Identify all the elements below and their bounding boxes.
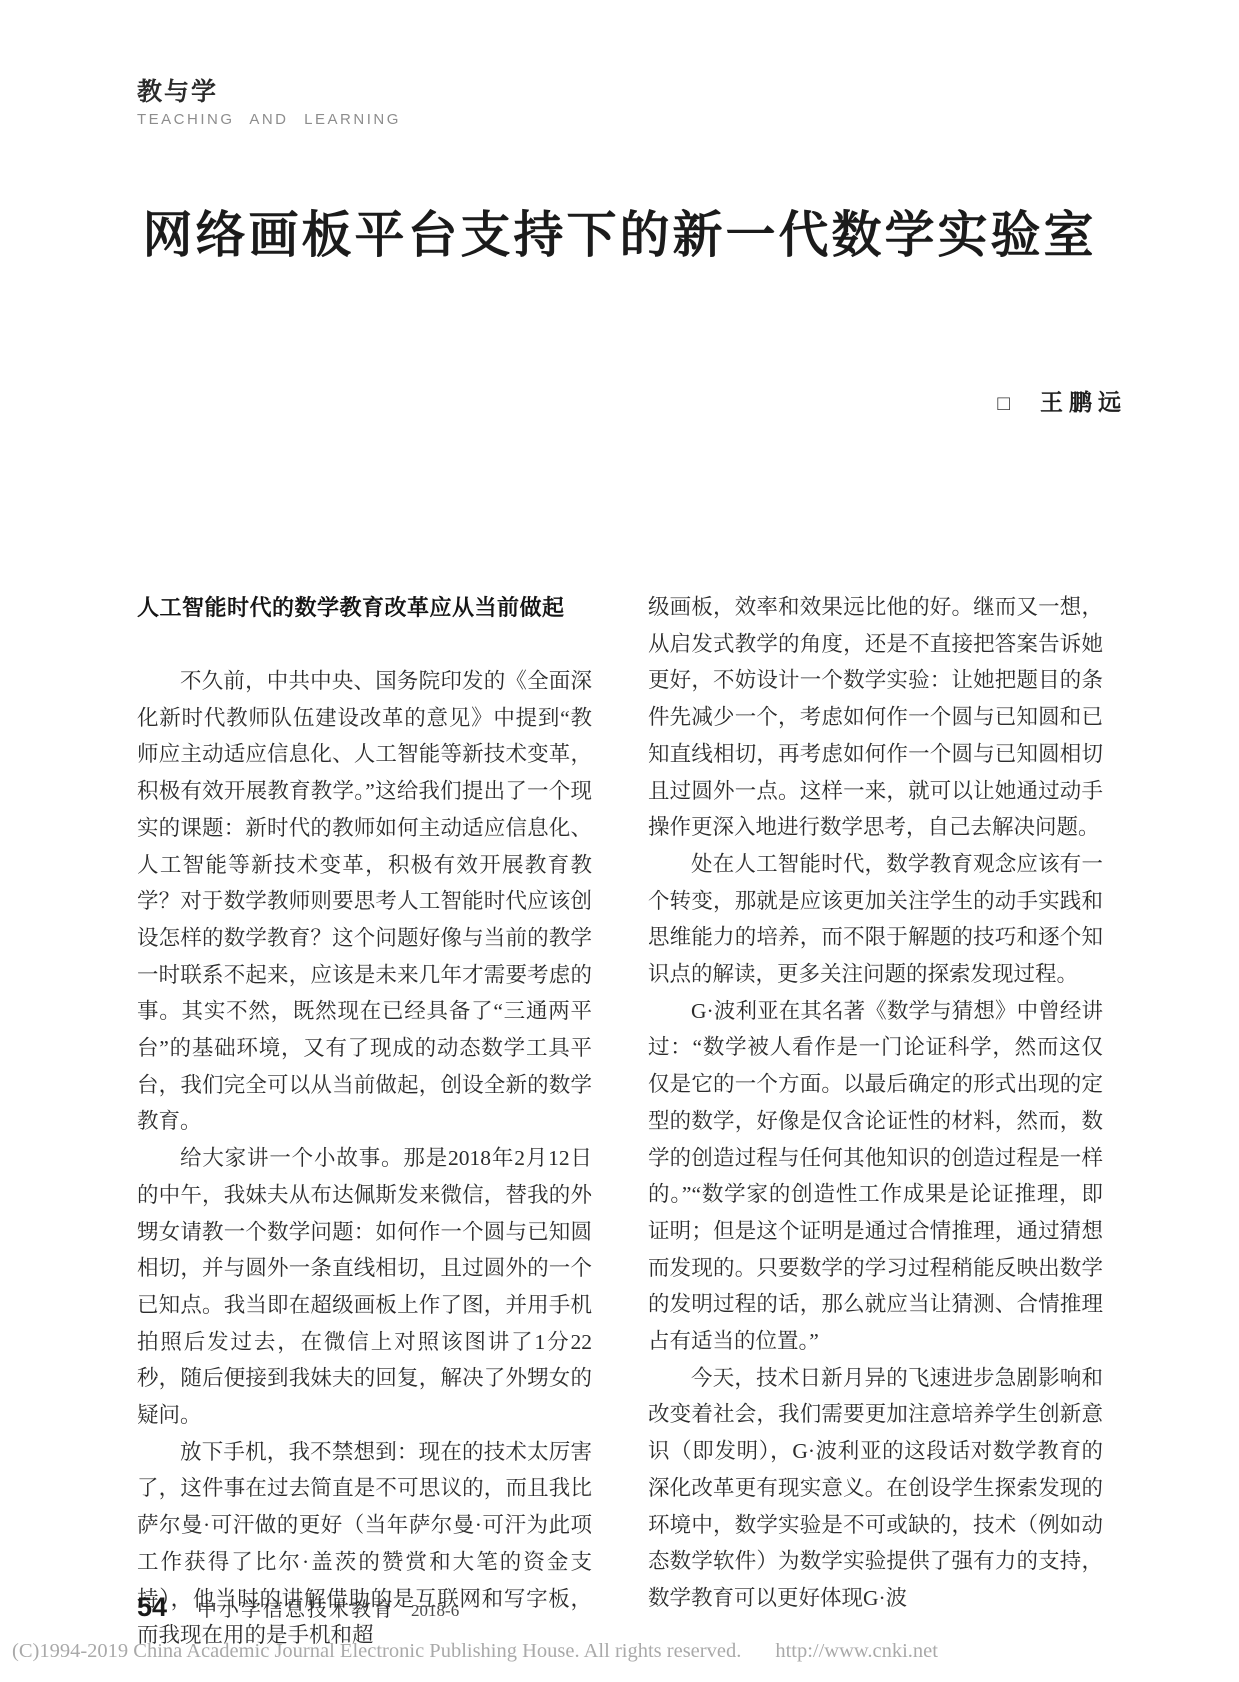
paragraph: 处在人工智能时代，数学教育观念应该有一个转变，那就是应该更加关注学生的动手实践和… xyxy=(648,846,1103,993)
journal-name: 中小学信息技术教育 xyxy=(197,1593,395,1622)
section-label-cn: 教与学 xyxy=(137,78,401,106)
copyright-url: http://www.cnki.net xyxy=(775,1640,938,1662)
left-column-paragraphs: 不久前，中共中央、国务院印发的《全面深化新时代教师队伍建设改革的意见》中提到“教… xyxy=(137,663,592,1654)
copyright-text: (C)1994-2019 China Academic Journal Elec… xyxy=(12,1640,741,1662)
paragraph: 不久前，中共中央、国务院印发的《全面深化新时代教师队伍建设改革的意见》中提到“教… xyxy=(137,663,592,1140)
masthead: 教与学 TEACHING AND LEARNING xyxy=(137,78,401,129)
author-name: 王鹏远 xyxy=(1040,390,1127,416)
right-column: 级画板，效率和效果远比他的好。继而又一想，从启发式教学的角度，还是不直接把答案告… xyxy=(648,589,1103,1654)
section-heading: 人工智能时代的数学教育改革应从当前做起 xyxy=(137,589,592,626)
issue-label: 2018-6 xyxy=(411,1601,459,1621)
page-footer: 54 中小学信息技术教育 2018-6 xyxy=(137,1592,459,1623)
paragraph: 级画板，效率和效果远比他的好。继而又一想，从启发式教学的角度，还是不直接把答案告… xyxy=(648,589,1103,846)
paragraph: G·波利亚在其名著《数学与猜想》中曾经讲过：“数学被人看作是一门论证科学，然而这… xyxy=(648,993,1103,1360)
author-marker-icon: □ xyxy=(997,391,1010,415)
right-column-paragraphs: 级画板，效率和效果远比他的好。继而又一想，从启发式教学的角度，还是不直接把答案告… xyxy=(648,589,1103,1617)
section-label-en: TEACHING AND LEARNING xyxy=(137,111,401,129)
copyright-strip: (C)1994-2019 China Academic Journal Elec… xyxy=(12,1640,1232,1663)
left-column: 人工智能时代的数学教育改革应从当前做起 不久前，中共中央、国务院印发的《全面深化… xyxy=(137,589,592,1654)
paragraph: 今天，技术日新月异的飞速进步急剧影响和改变着社会，我们需要更加注意培养学生创新意… xyxy=(648,1360,1103,1617)
author-row: □ 王鹏远 xyxy=(997,390,1127,416)
page-number: 54 xyxy=(137,1592,167,1623)
journal-page: 教与学 TEACHING AND LEARNING 网络画板平台支持下的新一代数… xyxy=(0,0,1239,1682)
article-title: 网络画板平台支持下的新一代数学实验室 xyxy=(0,206,1239,264)
article-body: 人工智能时代的数学教育改革应从当前做起 不久前，中共中央、国务院印发的《全面深化… xyxy=(137,589,1103,1654)
paragraph: 给大家讲一个小故事。那是2018年2月12日的中午，我妹夫从布达佩斯发来微信，替… xyxy=(137,1140,592,1434)
